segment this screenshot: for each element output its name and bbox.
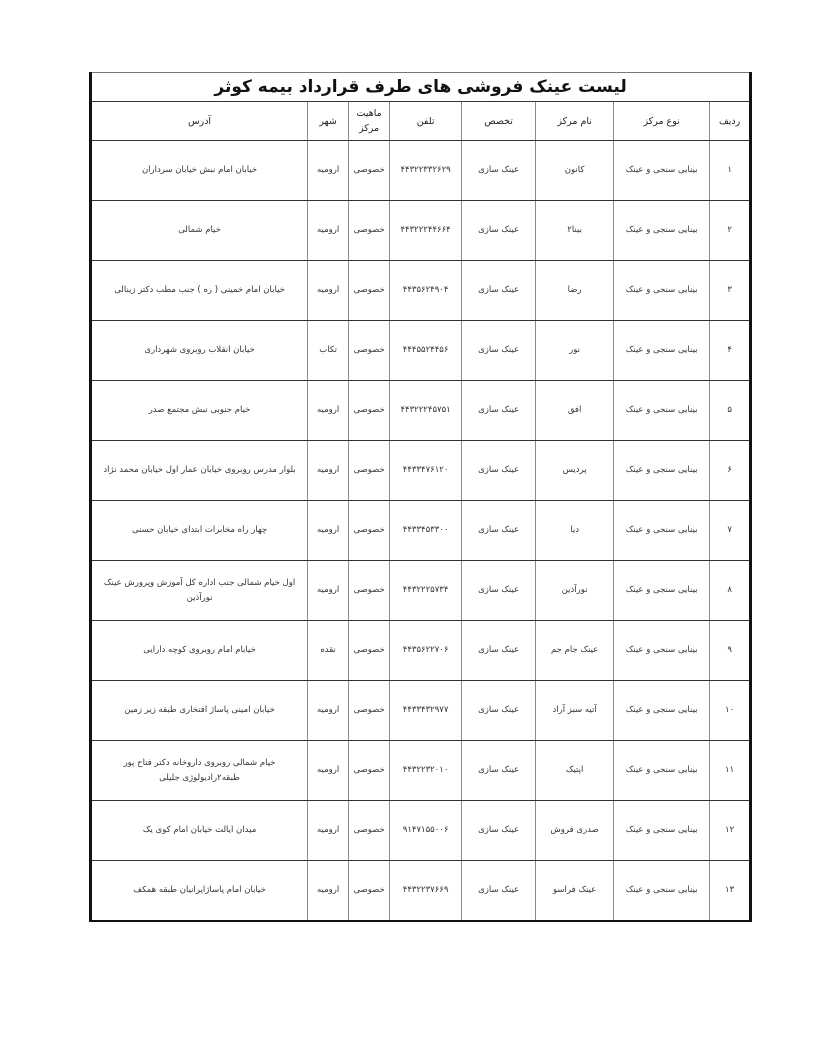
cell-center-name: کانون [536,141,614,201]
cell-specialty: عینک سازی [462,621,536,681]
cell-city: ارومیه [308,741,349,801]
cell-specialty: عینک سازی [462,861,536,922]
cell-address: چهار راه مخابرات ابتدای خیابان حسنی [91,501,308,561]
cell-ownership: خصوصی [349,261,390,321]
title-row: لیست عینک فروشی های طرف قرارداد بیمه کوث… [91,73,751,102]
cell-ownership: خصوصی [349,381,390,441]
cell-center-type: بینایی سنجی و عینک [614,501,710,561]
cell-center-name: نورآذین [536,561,614,621]
optical-stores-table: لیست عینک فروشی های طرف قرارداد بیمه کوث… [89,72,752,922]
cell-phone: ۴۴۳۲۲۳۷۶۶۹ [390,861,462,922]
cell-ownership: خصوصی [349,681,390,741]
cell-row-no: ۷ [710,501,751,561]
cell-specialty: عینک سازی [462,201,536,261]
table-row: ۱بینایی سنجی و عینککانونعینک سازی۴۴۳۲۲۳۳… [91,141,751,201]
col-header-city: شهر [308,102,349,141]
cell-phone: ۹۱۴۷۱۵۵۰۰۶ [390,801,462,861]
cell-center-type: بینایی سنجی و عینک [614,441,710,501]
cell-ownership: خصوصی [349,801,390,861]
cell-specialty: عینک سازی [462,501,536,561]
cell-address: خیام شمالی [91,201,308,261]
cell-address: خیابان انقلاب روبروی شهرداری [91,321,308,381]
cell-row-no: ۱۰ [710,681,751,741]
cell-row-no: ۱۲ [710,801,751,861]
cell-center-type: بینایی سنجی و عینک [614,681,710,741]
cell-ownership: خصوصی [349,741,390,801]
cell-city: ارومیه [308,681,349,741]
cell-ownership: خصوصی [349,861,390,922]
cell-city: ارومیه [308,261,349,321]
cell-city: ارومیه [308,501,349,561]
cell-phone: ۴۴۳۲۲۲۴۵۷۵۱ [390,381,462,441]
cell-center-name: نور [536,321,614,381]
table-row: ۲بینایی سنجی و عینکبینا۲عینک سازی۴۴۳۲۲۲۴… [91,201,751,261]
cell-phone: ۴۴۳۵۶۲۴۹۰۴ [390,261,462,321]
cell-center-type: بینایی سنجی و عینک [614,261,710,321]
cell-city: ارومیه [308,381,349,441]
cell-center-name: افق [536,381,614,441]
cell-address: خیام جنوبی نبش مجتمع صدر [91,381,308,441]
col-header-row-no: ردیف [710,102,751,141]
cell-phone: ۴۴۳۲۲۳۳۲۶۲۹ [390,141,462,201]
table-row: ۶بینایی سنجی و عینکپردیسعینک سازی۴۴۳۳۴۷۶… [91,441,751,501]
cell-phone: ۴۴۳۲۲۲۴۴۶۶۴ [390,201,462,261]
cell-row-no: ۳ [710,261,751,321]
cell-specialty: عینک سازی [462,741,536,801]
cell-address: اول خیام شمالی جنب اداره کل آموزش وپرورش… [91,561,308,621]
cell-center-name: عینک فراسو [536,861,614,922]
table-row: ۹بینایی سنجی و عینکعینک جام جمعینک سازی۴… [91,621,751,681]
cell-ownership: خصوصی [349,501,390,561]
table-row: ۳بینایی سنجی و عینکرضاعینک سازی۴۴۳۵۶۲۴۹۰… [91,261,751,321]
cell-city: ارومیه [308,561,349,621]
cell-city: ارومیه [308,441,349,501]
cell-address: خیابان امام پاساژایرانیان طبقه همکف [91,861,308,922]
cell-row-no: ۵ [710,381,751,441]
cell-center-name: اپتیک [536,741,614,801]
cell-phone: ۴۴۳۵۶۲۲۷۰۶ [390,621,462,681]
col-header-ownership: ماهیت مرکز [349,102,390,141]
cell-phone: ۴۴۳۲۲۳۲۰۱۰ [390,741,462,801]
cell-ownership: خصوصی [349,621,390,681]
cell-center-name: دیا [536,501,614,561]
col-header-specialty: تخصص [462,102,536,141]
cell-address: خیابام امام روبروی کوچه دارایی [91,621,308,681]
cell-ownership: خصوصی [349,441,390,501]
cell-city: نقده [308,621,349,681]
cell-city: ارومیه [308,201,349,261]
table-row: ۵بینایی سنجی و عینکافقعینک سازی۴۴۳۲۲۲۴۵۷… [91,381,751,441]
table-row: ۱۲بینایی سنجی و عینکصدری فروشعینک سازی۹۱… [91,801,751,861]
cell-address: خیابان امام نبش خیابان سرداران [91,141,308,201]
col-header-address: آدرس [91,102,308,141]
cell-city: ارومیه [308,801,349,861]
cell-city: تکاب [308,321,349,381]
table-row: ۸بینایی سنجی و عینکنورآذینعینک سازی۴۴۳۲۲… [91,561,751,621]
cell-specialty: عینک سازی [462,681,536,741]
cell-specialty: عینک سازی [462,261,536,321]
cell-ownership: خصوصی [349,561,390,621]
cell-address: میدان ایالت خیابان امام کوی یک [91,801,308,861]
cell-center-type: بینایی سنجی و عینک [614,801,710,861]
cell-center-type: بینایی سنجی و عینک [614,561,710,621]
col-header-center-name: نام مرکز [536,102,614,141]
table-row: ۱۰بینایی سنجی و عینکآتیه سبز آرادعینک سا… [91,681,751,741]
cell-specialty: عینک سازی [462,321,536,381]
cell-center-type: بینایی سنجی و عینک [614,621,710,681]
cell-ownership: خصوصی [349,201,390,261]
cell-city: ارومیه [308,141,349,201]
cell-address: خیام شمالی روبروی داروخانه دکتر فتاح پور… [91,741,308,801]
cell-specialty: عینک سازی [462,441,536,501]
cell-specialty: عینک سازی [462,801,536,861]
cell-phone: ۴۴۳۳۴۵۳۳۰۰ [390,501,462,561]
cell-ownership: خصوصی [349,321,390,381]
cell-center-name: بینا۲ [536,201,614,261]
table-row: ۱۳بینایی سنجی و عینکعینک فراسوعینک سازی۴… [91,861,751,922]
cell-row-no: ۲ [710,201,751,261]
table-row: ۷بینایی سنجی و عینکدیاعینک سازی۴۴۳۳۴۵۳۳۰… [91,501,751,561]
table-row: ۱۱بینایی سنجی و عینکاپتیکعینک سازی۴۴۳۲۲۳… [91,741,751,801]
cell-specialty: عینک سازی [462,381,536,441]
col-header-phone: تلفن [390,102,462,141]
document-page: لیست عینک فروشی های طرف قرارداد بیمه کوث… [89,72,749,922]
cell-row-no: ۴ [710,321,751,381]
table-body: ۱بینایی سنجی و عینککانونعینک سازی۴۴۳۲۲۳۳… [91,141,751,922]
cell-phone: ۴۴۳۳۴۷۶۱۲۰ [390,441,462,501]
cell-center-name: عینک جام جم [536,621,614,681]
table-row: ۴بینایی سنجی و عینکنورعینک سازی۴۴۴۵۵۲۴۴۵… [91,321,751,381]
document-title: لیست عینک فروشی های طرف قرارداد بیمه کوث… [91,73,751,102]
cell-phone: ۴۴۳۳۴۳۲۹۷۷ [390,681,462,741]
cell-address: بلوار مدرس روبروی خیابان عمار اول خیابان… [91,441,308,501]
cell-center-name: رضا [536,261,614,321]
cell-center-name: صدری فروش [536,801,614,861]
cell-specialty: عینک سازی [462,141,536,201]
col-header-center-type: نوع مرکز [614,102,710,141]
cell-row-no: ۶ [710,441,751,501]
cell-center-type: بینایی سنجی و عینک [614,201,710,261]
cell-center-type: بینایی سنجی و عینک [614,381,710,441]
cell-row-no: ۱۳ [710,861,751,922]
cell-row-no: ۹ [710,621,751,681]
cell-city: ارومیه [308,861,349,922]
cell-address: خیابان امینی پاساژ افتخاری طبقه زیر زمین [91,681,308,741]
cell-center-name: آتیه سبز آراد [536,681,614,741]
cell-ownership: خصوصی [349,141,390,201]
header-row: ردیف نوع مرکز نام مرکز تخصص تلفن ماهیت م… [91,102,751,141]
cell-phone: ۴۴۳۲۲۲۵۷۳۴ [390,561,462,621]
cell-specialty: عینک سازی [462,561,536,621]
cell-row-no: ۸ [710,561,751,621]
cell-center-type: بینایی سنجی و عینک [614,321,710,381]
cell-center-type: بینایی سنجی و عینک [614,141,710,201]
cell-address: خیابان امام خمینی ( ره ) جنب مطب دکتر زی… [91,261,308,321]
cell-center-type: بینایی سنجی و عینک [614,861,710,922]
cell-center-type: بینایی سنجی و عینک [614,741,710,801]
cell-row-no: ۱ [710,141,751,201]
cell-phone: ۴۴۴۵۵۲۴۴۵۶ [390,321,462,381]
cell-center-name: پردیس [536,441,614,501]
cell-row-no: ۱۱ [710,741,751,801]
